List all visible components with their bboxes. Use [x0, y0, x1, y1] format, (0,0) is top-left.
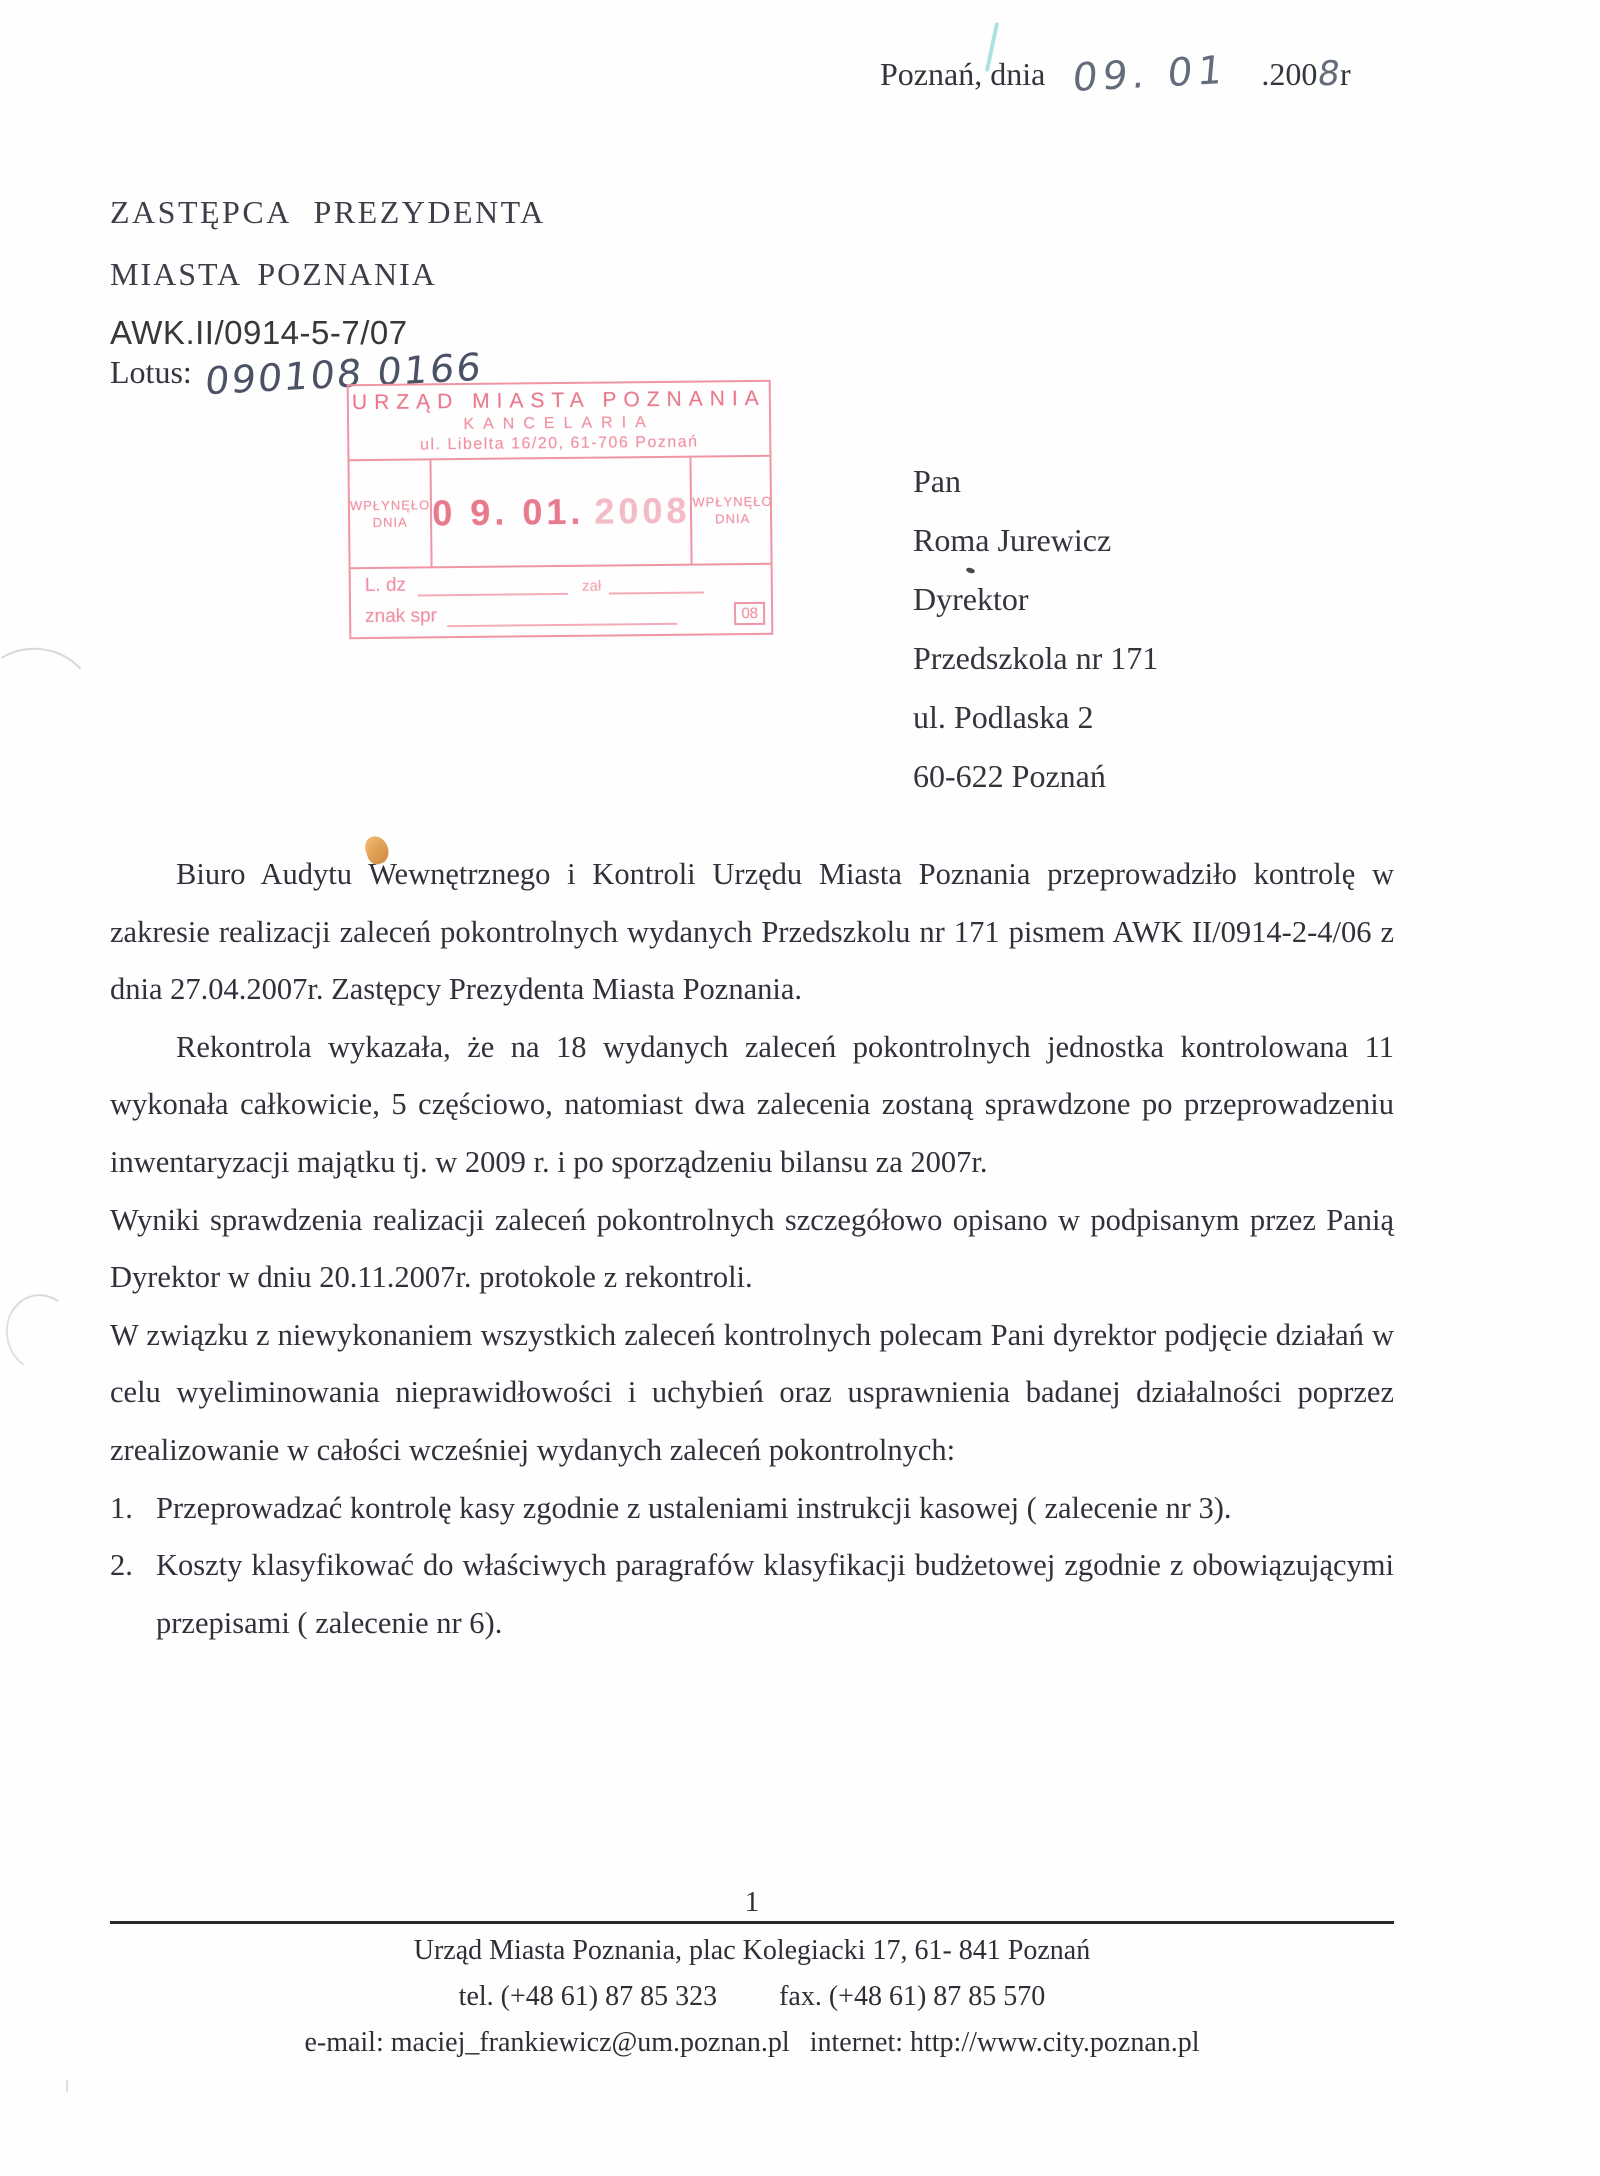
stamp-zal-label: zał — [582, 578, 601, 595]
paragraph: W związku z niewykonaniem wszystkich zal… — [110, 1307, 1394, 1480]
stamp-blank-line — [418, 575, 568, 597]
date-line: Poznań, dnia09. 01.2008r — [880, 52, 1351, 97]
footer-contact-lines: Urząd Miasta Poznania, plac Kolegiacki 1… — [110, 1928, 1394, 2066]
recipient-institution: Przedszkola nr 171 — [913, 629, 1158, 688]
date-suffix: r — [1340, 56, 1351, 92]
date-printed-label: Poznań, dnia — [880, 56, 1045, 92]
stamp-received-word: DNIA — [715, 510, 750, 527]
footer-web-line: e-mail: maciej_frankiewicz@um.poznan.pli… — [110, 2020, 1394, 2066]
stamp-bottom-section: L. dz zał znak spr 08 — [351, 563, 772, 637]
stamp-date: 0 9. 01. 2008 — [432, 457, 691, 566]
letter-body: Biuro Audytu Wewnętrznego i Kontroli Urz… — [110, 846, 1394, 1652]
footer-address: Urząd Miasta Poznania, plac Kolegiacki 1… — [110, 1928, 1394, 1974]
stamp-received-word: DNIA — [373, 514, 408, 531]
stamp-znak-label: znak spr — [365, 605, 437, 628]
recipient-block: Pan Roma Jurewicz Dyrektor Przedszkola n… — [913, 452, 1158, 806]
stamp-received-label-left: WPŁYNĘŁO DNIA — [349, 460, 432, 567]
recipient-city: 60-622 Poznań — [913, 747, 1158, 806]
stamp-received-word: WPŁYNĘŁO — [692, 493, 772, 511]
stamp-corner-box: 08 — [734, 602, 765, 625]
stamp-blank-line — [447, 605, 677, 627]
pencil-arc-mark — [0, 1288, 83, 1379]
sender-title-line1: ZASTĘPCA PREZYDENTA — [110, 194, 546, 231]
sender-title-line2: MIASTA POZNANIA — [110, 256, 437, 293]
footer-email: e-mail: maciej_frankiewicz@um.poznan.pl — [304, 2027, 789, 2058]
stamp-middle-row: WPŁYNĘŁO DNIA 0 9. 01. 2008 WPŁYNĘŁO DNI… — [349, 457, 770, 568]
paragraph: Biuro Audytu Wewnętrznego i Kontroli Urz… — [110, 846, 1394, 1019]
lotus-label: Lotus: — [110, 354, 192, 390]
date-year-printed: .200 — [1261, 56, 1317, 92]
footer-fax: fax. (+48 61) 87 85 570 — [779, 1981, 1045, 2012]
scanned-letter-page: Poznań, dnia09. 01.2008r ZASTĘPCA PREZYD… — [0, 0, 1600, 2176]
stamp-received-word: WPŁYNĘŁO — [350, 496, 430, 514]
footer-phone-line: tel. (+48 61) 87 85 323fax. (+48 61) 87 … — [110, 1974, 1394, 2020]
stamp-office-name: URZĄD MIASTA POZNANIA — [349, 387, 769, 415]
stamp-date-day: 0 9. 01. — [432, 491, 585, 535]
page-number: 1 — [110, 1886, 1394, 1919]
stamp-received-label-right: WPŁYNĘŁO DNIA — [690, 457, 773, 564]
footer-tel: tel. (+48 61) 87 85 323 — [459, 1981, 717, 2012]
stamp-address: ul. Libelta 16/20, 61-706 Poznań — [349, 433, 769, 455]
office-received-stamp: URZĄD MIASTA POZNANIA KANCELARIA ul. Lib… — [347, 380, 774, 639]
numbered-item: 2. Koszty klasyfikować do właściwych par… — [110, 1537, 1394, 1652]
scan-speck — [66, 2080, 68, 2092]
recipient-title: Dyrektor — [913, 570, 1158, 629]
letter-footer: 1 Urząd Miasta Poznania, plac Kolegiacki… — [110, 1886, 1394, 2066]
stamp-blank-line — [609, 573, 704, 594]
item-number: 2. — [110, 1537, 156, 1652]
recipient-name: Roma Jurewicz — [913, 511, 1158, 570]
paragraph: Wyniki sprawdzenia realizacji zaleceń po… — [110, 1192, 1394, 1307]
pencil-arc-mark — [0, 641, 98, 745]
handwritten-year-digit: 8 — [1315, 54, 1342, 95]
stamp-header: URZĄD MIASTA POZNANIA KANCELARIA ul. Lib… — [349, 382, 770, 461]
reference-number: AWK.II/0914-5-7/07 — [110, 314, 408, 352]
item-text: Przeprowadzać kontrolę kasy zgodnie z us… — [156, 1480, 1394, 1538]
footer-internet: internet: http://www.city.poznan.pl — [810, 2027, 1200, 2058]
recipient-street: ul. Podlaska 2 — [913, 688, 1158, 747]
stamp-ldz-label: L. dz — [365, 575, 406, 597]
stamp-department: KANCELARIA — [349, 413, 769, 435]
footer-divider — [110, 1921, 1394, 1924]
stamp-znak-row: znak spr — [365, 602, 757, 628]
handwritten-date: 09. 01 — [1071, 48, 1230, 101]
stamp-date-year: 2008 — [594, 490, 691, 533]
item-text: Koszty klasyfikować do właściwych paragr… — [156, 1537, 1394, 1652]
numbered-item: 1. Przeprowadzać kontrolę kasy zgodnie z… — [110, 1480, 1394, 1538]
paragraph: Rekontrola wykazała, że na 18 wydanych z… — [110, 1019, 1394, 1192]
stamp-ldz-row: L. dz zał — [365, 571, 757, 597]
recipient-salutation: Pan — [913, 452, 1158, 511]
item-number: 1. — [110, 1480, 156, 1538]
